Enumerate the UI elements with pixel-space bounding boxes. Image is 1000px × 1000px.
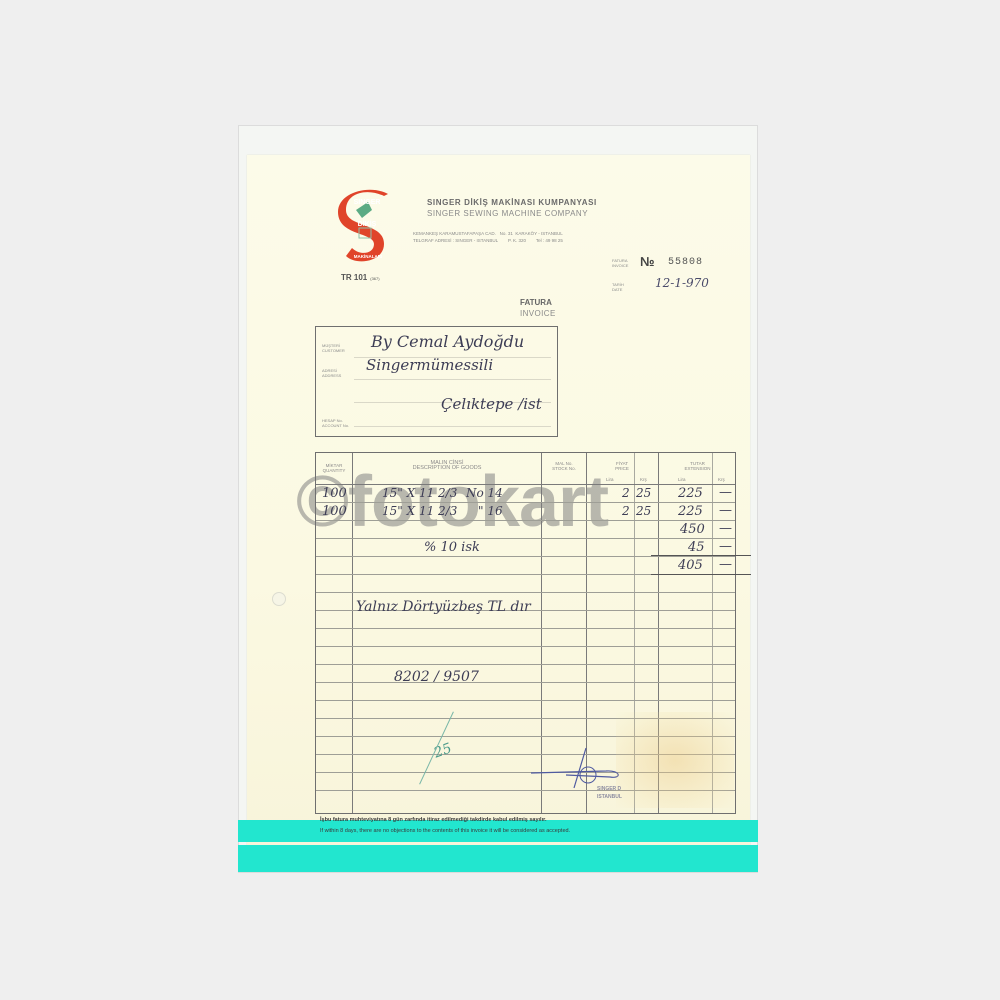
punch-hole xyxy=(272,592,286,606)
number-symbol: № xyxy=(640,254,655,269)
invoice-number-label: FATURAINVOICE xyxy=(612,258,628,268)
customer-name: By Cemal Aydoğdu xyxy=(371,332,524,351)
discount-lira: 45 xyxy=(688,540,705,555)
row2-price-kr: 25 xyxy=(636,504,651,518)
price-header: FİYATPRICE xyxy=(588,461,656,471)
row2-qty: 100 xyxy=(322,504,347,519)
row1-ext-kr: — xyxy=(719,485,732,500)
row1-ext-lira: 225 xyxy=(678,486,703,501)
invoice-title-tr: FATURA xyxy=(520,298,552,307)
stamp-text: SINGER DISTANBUL xyxy=(597,785,622,801)
invoice-number: 55808 xyxy=(668,257,703,268)
total-rule xyxy=(651,555,751,556)
singer-logo-icon: SINGER DİKİŞ MAKİNALARI xyxy=(338,188,396,268)
customer-address: Çelıktepe /ist xyxy=(441,395,542,413)
customer-role: Singermümessili xyxy=(366,356,493,374)
customer-box: MÜŞTERİCUSTOMER ADRESİADDRESS HESAP No.A… xyxy=(315,326,558,437)
stamp-stain xyxy=(616,712,734,808)
total-underline xyxy=(651,574,751,575)
customer-label: MÜŞTERİCUSTOMER xyxy=(322,343,345,353)
row2-price-lira: 2 xyxy=(622,504,630,518)
row2-desc: 15" X 11 2/3 xyxy=(382,504,457,518)
row2-stock: " 16 xyxy=(478,504,503,518)
discount-kr: — xyxy=(719,539,732,554)
company-name-tr: SINGER DİKİŞ MAKİNASI KUMPANYASI xyxy=(427,198,597,207)
cyan-strip-bottom xyxy=(238,845,758,872)
svg-text:DİKİŞ: DİKİŞ xyxy=(358,220,377,228)
reference-number: 8202 / 9507 xyxy=(394,669,479,685)
address-label: ADRESİADDRESS xyxy=(322,368,341,378)
row1-price-lira: 2 xyxy=(622,486,630,500)
stock-header: MAL No.STOCK No. xyxy=(544,461,584,471)
company-address: KEMANKEŞ KARAMUSTAFAPAŞA CAD. No. 31 KAR… xyxy=(413,230,563,244)
discount-desc: % 10 isk xyxy=(424,540,480,555)
company-name-en: SINGER SEWING MACHINE COMPANY xyxy=(427,209,588,218)
amount-in-words: Yalnız Dörtyüzbeş TL dır xyxy=(356,599,531,615)
svg-text:MAKİNALARI: MAKİNALARI xyxy=(354,253,383,259)
row1-price-kr: 25 xyxy=(636,486,651,500)
form-code: TR 101(367) xyxy=(341,273,380,282)
date-label: TARİHDATE xyxy=(612,282,624,292)
row1-desc: 15" X 11 2/3 xyxy=(382,486,457,500)
row1-stock: No 14 xyxy=(466,486,503,500)
total-kr: — xyxy=(719,557,732,572)
qty-header: MİKTARQUANTITY xyxy=(318,463,350,473)
desc-header: MALIN CİNSİDESCRIPTION OF GOODS xyxy=(356,461,538,471)
row1-qty: 100 xyxy=(322,486,347,501)
invoice-title-en: INVOICE xyxy=(520,309,556,318)
footer-note-tr: İşbu fatura muhteviyatına 8 gün zarfında… xyxy=(320,817,546,823)
subtotal-kr: — xyxy=(719,521,732,536)
svg-text:SINGER: SINGER xyxy=(354,199,381,206)
account-label: HESAP No.ACCOUNT No. xyxy=(322,418,349,428)
row2-ext-kr: — xyxy=(719,503,732,518)
footer-note-en: If within 8 days, there are no objection… xyxy=(320,828,570,834)
price-lira-label: Lira xyxy=(606,477,614,482)
ext-lira-label: Lira xyxy=(678,477,686,482)
price-kurus-label: Krş xyxy=(640,477,647,482)
row2-ext-lira: 225 xyxy=(678,504,703,519)
subtotal-lira: 450 xyxy=(680,522,705,537)
total-lira: 405 xyxy=(678,558,703,573)
invoice-date: 12-1-970 xyxy=(655,276,709,290)
ext-kurus-label: Krş xyxy=(718,477,725,482)
extension-header: TUTAREXTENSION xyxy=(660,461,735,471)
